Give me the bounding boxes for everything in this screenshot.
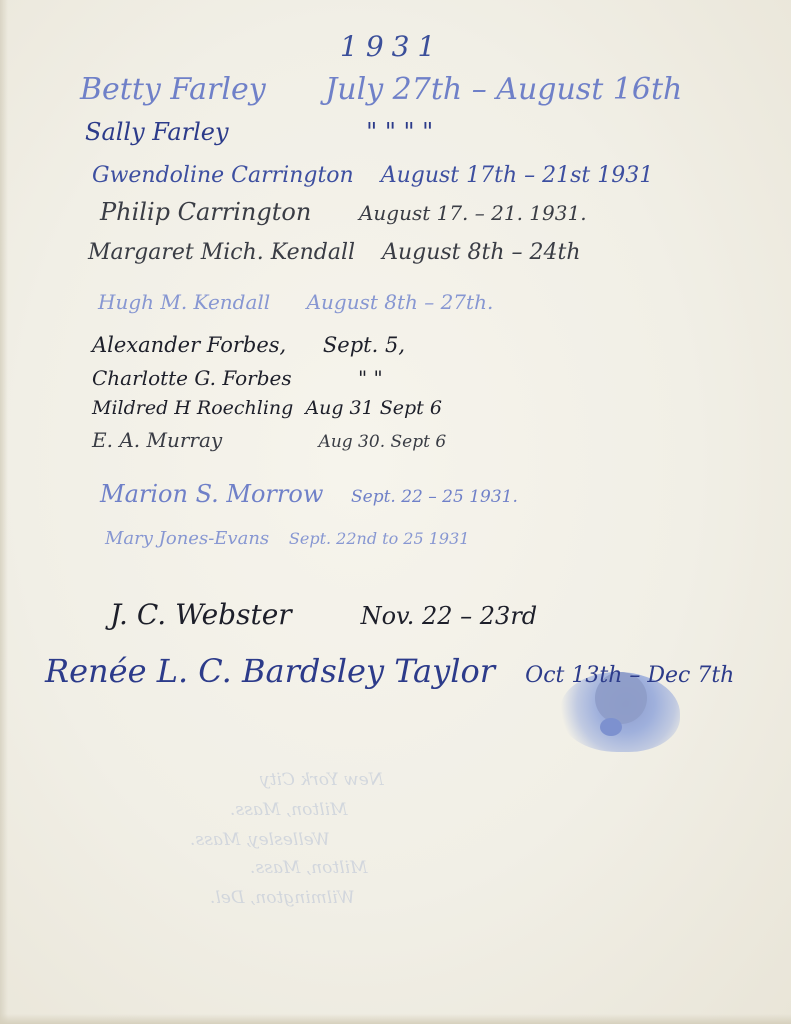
guest-entry: Renée L. C. Bardsley Taylor Oct 13th – D… <box>45 652 734 690</box>
guest-name: Charlotte G. Forbes <box>92 366 292 390</box>
visit-dates: Aug 31 Sept 6 <box>305 397 442 419</box>
visit-dates: August 17th – 21st 1931 <box>381 163 654 188</box>
guest-name: Sally Farley <box>85 118 229 146</box>
visit-dates: " " " " <box>366 118 433 146</box>
guestbook-page: New York City Milton, Mass. Wellesley, M… <box>0 0 791 1024</box>
guest-name: Mary Jones-Evans <box>105 528 269 549</box>
guest-name: Hugh M. Kendall <box>98 290 270 314</box>
bleed-through-text: Wilmington, Del. <box>210 888 355 908</box>
guest-name: E. A. Murray <box>92 428 222 452</box>
bleed-through-text: Wellesley, Mass. <box>190 830 330 850</box>
guest-name: Betty Farley <box>80 72 266 107</box>
page-edge-shadow <box>0 0 8 1024</box>
guest-entry: E. A. Murray Aug 30. Sept 6 <box>92 428 446 452</box>
guest-entry: Mary Jones-Evans Sept. 22nd to 25 1931 <box>105 528 469 549</box>
visit-dates: July 27th – August 16th <box>325 72 682 107</box>
visit-dates: Aug 30. Sept 6 <box>319 432 447 452</box>
guest-name: Alexander Forbes, <box>92 333 286 357</box>
bleed-through-text: Milton, Mass. <box>230 800 348 820</box>
bleed-through-text: New York City <box>260 770 384 790</box>
guest-entry: Marion S. Morrow Sept. 22 – 25 1931. <box>100 480 518 508</box>
visit-dates: Nov. 22 – 23rd <box>361 602 538 630</box>
guest-name: Renée L. C. Bardsley Taylor <box>45 652 495 690</box>
visit-dates: August 8th – 24th <box>382 240 580 265</box>
guest-name: Gwendoline Carrington <box>92 163 354 188</box>
guest-name: Mildred H Roechling <box>92 397 293 419</box>
visit-dates: " " <box>358 366 383 390</box>
guest-entry: Sally Farley " " " " <box>85 118 433 146</box>
guest-name: Margaret Mich. Kendall <box>88 240 355 265</box>
visit-dates: August 8th – 27th. <box>307 290 494 314</box>
guest-name: Marion S. Morrow <box>100 480 323 508</box>
ink-drop <box>600 718 622 736</box>
guest-name: J. C. Webster <box>110 598 292 631</box>
visit-dates: Sept. 22 – 25 1931. <box>351 487 518 507</box>
guest-entry: J. C. Webster Nov. 22 – 23rd <box>110 598 537 631</box>
visit-dates: August 17. – 21. 1931. <box>359 201 587 225</box>
year-heading: 1931 <box>340 30 443 63</box>
bleed-through-text: Milton, Mass. <box>250 858 368 878</box>
guest-entry: Hugh M. Kendall August 8th – 27th. <box>98 290 493 314</box>
guest-entry: Betty Farley July 27th – August 16th <box>80 72 682 107</box>
guest-entry: Alexander Forbes, Sept. 5, <box>92 333 405 357</box>
visit-dates: Sept. 5, <box>323 333 405 357</box>
guest-entry: Gwendoline Carrington August 17th – 21st… <box>92 163 653 188</box>
guest-entry: Margaret Mich. Kendall August 8th – 24th <box>88 240 581 265</box>
guest-entry: Philip Carrington August 17. – 21. 1931. <box>100 198 587 226</box>
visit-dates: Oct 13th – Dec 7th <box>525 663 734 688</box>
page-bottom-shadow <box>0 1014 791 1024</box>
guest-name: Philip Carrington <box>100 198 311 226</box>
visit-dates: Sept. 22nd to 25 1931 <box>289 529 470 548</box>
guest-entry: Mildred H Roechling Aug 31 Sept 6 <box>92 397 442 419</box>
guest-entry: Charlotte G. Forbes " " <box>92 366 383 390</box>
